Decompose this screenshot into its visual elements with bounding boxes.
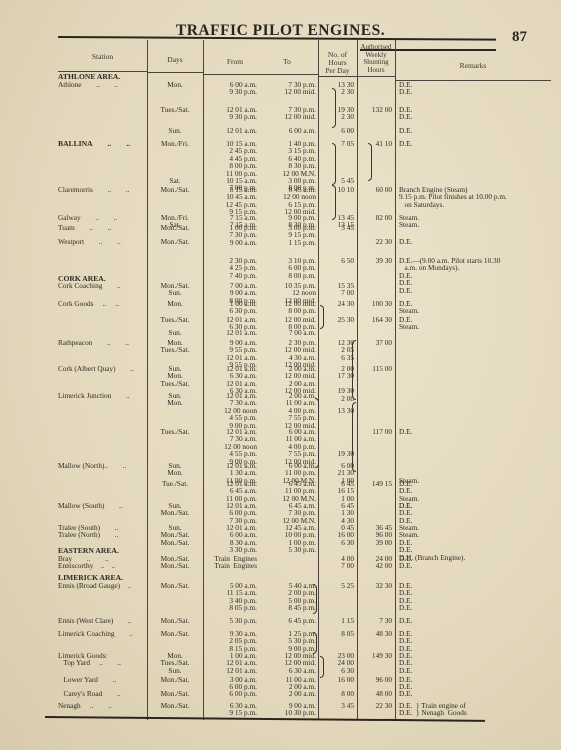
cell-remarks: D.E. [399, 140, 549, 147]
cell-from: 6 00 p.m. [205, 690, 257, 697]
cell-to: 1 25 p.m. 5 30 p.m. 9 00 p.m. [260, 630, 316, 652]
brace-icon [320, 305, 324, 329]
cell-remarks: D.E. D.E. [399, 81, 549, 96]
cell-hours: 19 30 2 30 [320, 106, 354, 121]
cell-to: 5 40 a.m. 2 00 p.m. 5 00 p.m. 8 45 p.m. [260, 582, 316, 612]
header-rule [147, 72, 203, 73]
cell-weekly: 22 30 [358, 238, 392, 245]
cell-station: Rathpeacon .. .. [58, 339, 146, 346]
cell-station: Mallow (North).. .. [58, 462, 146, 469]
cell-days: Mon./Sat. Sun. [147, 282, 203, 297]
cell-weekly: 149 15 [358, 480, 392, 487]
cell-to: 2 00 a.m. [260, 690, 316, 697]
cell-days: Mon./Sat. [147, 676, 203, 683]
cell-hours: 24 30 [320, 300, 354, 307]
cell-hours: 15 35 7 00 [320, 282, 354, 297]
cell-weekly: 149 30 [358, 652, 392, 659]
cell-to: 2 00 a.m. 11 00 a.m. 4 00 p.m. 7 55 p.m.… [260, 392, 316, 429]
cell-remarks: D.E. [399, 428, 549, 435]
cell-station: Ennis (Broad Gauge) .. [58, 582, 146, 589]
cell-from: 1 00 p.m. 7 30 p.m. 9 00 a.m. [205, 224, 257, 246]
cell-station: Limerick Goods: Top Yard .. .. [58, 652, 146, 667]
cell-station: Claremorris .. .. [58, 186, 146, 193]
cell-from: 6 30 a.m. 9 15 p.m. [205, 702, 257, 717]
cell-weekly: 22 30 [358, 702, 392, 709]
brace-icon [332, 88, 336, 128]
cell-station: Ennis (West Clare) .. [58, 617, 146, 624]
cell-from: 1 00 a.m. 6 30 p.m. [205, 300, 257, 315]
cell-hours: 8 00 [320, 690, 354, 697]
cell-station: Cork Goods .. .. [58, 300, 146, 307]
cell-days: Sun. Mon./Sat. [147, 502, 203, 517]
cell-from: 5 30 p.m. [205, 617, 257, 624]
cell-from: 12 01 a.m. 9 30 p.m. [205, 106, 257, 121]
brace-icon [313, 584, 317, 614]
cell-station: Tuam .. .. [58, 224, 146, 231]
cell-days: Sun. Mon. [147, 392, 203, 407]
cell-days: Mon./Sat. [147, 702, 203, 709]
cell-hours: 10 10 [320, 186, 354, 193]
cell-hours: 5 45 [320, 177, 354, 184]
cell-days: Mon./Sat. Mon./Sat. [147, 555, 203, 570]
cell-remarks: D.E. Steam. [399, 300, 549, 315]
cell-remarks: D.E. } Train engine of D.E. } Nenagh Goo… [399, 702, 549, 717]
cell-days: Tues./Sat. [147, 106, 203, 113]
cell-weekly: 100 30 [358, 300, 392, 307]
page-number: 87 [512, 29, 527, 46]
cell-hours: 6 45 16 15 1 00 [320, 480, 354, 502]
cell-to: 12 00 mid. 12 00 mid. 6 30 a.m. [260, 652, 316, 674]
cell-remarks: D.E. [399, 238, 549, 245]
cell-hours: 12 30 2 05 6 35 [320, 339, 354, 361]
cell-weekly: 48 30 [358, 630, 392, 637]
cell-days: Mon./Sat. [147, 630, 203, 637]
brace-icon [368, 143, 372, 181]
header-from: From [210, 58, 260, 66]
cell-to: 12 00 mid. 8 00 p.m. [260, 300, 316, 315]
column-divider [318, 40, 319, 720]
cell-weekly: 132 00 [358, 106, 392, 113]
cell-from: 12 01 a.m. [205, 329, 257, 336]
brace-icon [352, 402, 356, 472]
cell-from: 1 00 a.m. 12 01 a.m. 12 01 a.m. [205, 652, 257, 674]
cell-days: Mon. Tues./Sat. Sun. [147, 652, 203, 674]
document-page: TRAFFIC PILOT ENGINES. 87 Station Days F… [0, 0, 561, 750]
cell-to: 6 00 a.m. [260, 127, 316, 134]
header-to: To [262, 58, 312, 66]
header-weekly-hours: Authorised Weekly Shunting Hours [357, 44, 395, 74]
cell-remarks: D.E. D.E. [399, 676, 549, 691]
cell-hours: 8 05 [320, 630, 354, 637]
cell-station: Westport .. .. [58, 238, 146, 245]
cell-station: Tralee (South) .. Tralee (North) .. [58, 524, 146, 539]
cell-days: Mon. [147, 300, 203, 307]
cell-hours: 19 30 [320, 428, 354, 458]
cell-weekly: 32 30 [358, 582, 392, 589]
header-days: Days [147, 56, 203, 64]
cell-days: Mon. [147, 81, 203, 88]
header-station: Station [58, 53, 147, 61]
cell-from: 9 30 a.m. 2 05 p.m. 8 15 p.m. [205, 630, 257, 652]
cell-hours: 7 05 [320, 140, 354, 147]
cell-weekly: 117 00 [358, 428, 392, 435]
cell-from: 12 01 a.m. 6 45 a.m. 11 00 p.m. [205, 480, 257, 502]
cell-hours: 25 30 [320, 316, 354, 323]
cell-to: 6 45 a.m. 7 30 p.m. 12 00 M.N. [260, 502, 316, 524]
cell-days: Sun. Mon./Sat. Mon./Sat. [147, 524, 203, 546]
cell-to: 9 00 a.m. 10 30 p.m. [260, 702, 316, 717]
cell-weekly: 48 00 [358, 690, 392, 697]
cell-station: Bray .. .. Enniscorthy .. .. [58, 555, 146, 570]
cell-from: 12 01 a.m. 6 00 p.m. 7 30 p.m. [205, 502, 257, 524]
cell-weekly: 41 10 [358, 140, 392, 147]
cell-hours: 4 00 7 00 [320, 555, 354, 570]
brace-icon [352, 340, 356, 400]
cell-weekly: 39 30 [358, 257, 392, 264]
cell-station: Cork Coaching .. [58, 282, 146, 289]
cell-to: 1 40 p.m. 3 15 p.m. 6 40 p.m. 8 30 p.m. … [260, 140, 316, 177]
cell-hours: 6 50 [320, 257, 354, 264]
cell-remarks: D.E. D.E. D.E. [399, 652, 549, 674]
cell-from: 12 01 a.m. [205, 127, 257, 134]
cell-days: Sun. [147, 329, 203, 336]
cell-from: 2 30 p.m. 4 25 p.m. 7 40 p.m. [205, 257, 257, 279]
cell-station: Galway .. .. [58, 214, 146, 221]
cell-remarks: D.E. Steam. [399, 316, 549, 331]
cell-station: Carey's Road .. [58, 690, 146, 697]
cell-days: Tues./Sat. [147, 316, 203, 323]
cell-to: 6 00 a.m. 11 00 a.m. 4 00 p.m. 7 55 p.m.… [260, 428, 316, 465]
cell-weekly: 7 30 [358, 617, 392, 624]
cell-from: 12 01 a.m. 7 30 a.m. 12 00 noon 4 55 p.m… [205, 392, 257, 429]
cell-remarks: Steam. Steam. [399, 214, 549, 229]
cell-days: Mon./Sat. [147, 617, 203, 624]
cell-station: Mallow (South) .. [58, 502, 146, 509]
cell-from: 12 01 a.m. 6 00 a.m. 8 30 a.m. 3 30 p.m. [205, 524, 257, 554]
cell-weekly: 37 00 [358, 339, 392, 346]
cell-hours: 3 45 [320, 702, 354, 709]
cell-from: Train Engines Train Engines [205, 555, 257, 570]
cell-hours: 13 30 [320, 392, 354, 414]
cell-remarks: D.E. D.E. D.E. [399, 630, 549, 652]
brace-icon [313, 632, 317, 654]
cell-days: Mon./Sat. [147, 582, 203, 589]
cell-days: Mon./Sat. [147, 186, 203, 193]
cell-from: 10 15 a.m. 2 45 p.m. 4 45 p.m. 8 00 p.m.… [205, 140, 257, 177]
header-hours-per-day: No. of Hours Per Day [318, 51, 357, 75]
cell-remarks: D.E. D.E. D.E. [399, 502, 549, 524]
cell-to: 6 45 p.m. [260, 617, 316, 624]
cell-to: 7 00 a.m. [260, 329, 316, 336]
cell-days: Mon./Fri. [147, 140, 203, 147]
cell-hours: 6 45 1 30 4 30 [320, 502, 354, 524]
cell-weekly: 82 00 [358, 214, 392, 221]
cell-hours: 5 25 [320, 582, 354, 589]
header-rule [203, 74, 318, 75]
cell-weekly: 96 00 [358, 676, 392, 683]
cell-remarks: D.E. D.E. [399, 555, 549, 570]
column-divider [203, 40, 204, 720]
cell-station: Limerick Junction .. [58, 392, 146, 399]
brace-icon [315, 398, 319, 468]
cell-days: Mon./Sat. [147, 238, 203, 245]
brace-icon [320, 656, 324, 678]
cell-to: 7 30 p.m. 12 00 mid. [260, 81, 316, 96]
cell-station: Nenagh .. .. [58, 702, 146, 709]
cell-days: Sun. Mon. [147, 462, 203, 477]
cell-days: Tue./Sat. [147, 480, 203, 487]
cell-from: 8 15 a.m. 10 45 a.m. 12 45 p.m. 9 15 p.m… [205, 186, 257, 216]
cell-hours: 3 45 [320, 224, 354, 231]
cell-hours: 23 00 24 00 6 30 [320, 652, 354, 674]
cell-station: Limerick Coaching .. [58, 630, 146, 637]
cell-days: Sat. [147, 177, 203, 184]
cell-days: Sun. Mon. Tues./Sat. [147, 365, 203, 387]
cell-days: Sun. [147, 127, 203, 134]
cell-station: Athlone .. .. [58, 81, 146, 88]
cell-from: 6 00 a.m. 9 30 p.m. [205, 81, 257, 96]
cell-days: Mon./Sat. [147, 690, 203, 697]
cell-remarks: D.E.—(9.00 a.m. Pilot starts 10.30 a.m. … [399, 257, 549, 294]
cell-remarks: D.E. [399, 617, 549, 624]
cell-weekly: 164 30 [358, 316, 392, 323]
cell-hours: 16 00 [320, 676, 354, 683]
area-heading: BALLINA .. .. [58, 140, 146, 147]
cell-hours: 13 30 2 30 [320, 81, 354, 96]
header-rule [318, 76, 395, 77]
cell-remarks: Branch Engine (Steam) 9.15 p.m. Pilot fi… [399, 186, 549, 208]
cell-remarks: D.E. [399, 127, 549, 134]
cell-remarks: D.E. D.E. D.E. D.E. [399, 582, 549, 612]
brace-icon [332, 185, 336, 220]
cell-days: Mon./Sat. [147, 224, 203, 231]
cell-weekly: 115 00 [358, 365, 392, 372]
cell-station: Lower Yard .. [58, 676, 146, 683]
cell-from: 12 01 a.m. 7 30 a.m. 12 00 noon 4 55 p.m… [205, 428, 257, 465]
cell-hours: 6 00 [320, 127, 354, 134]
cell-to: 7 30 p.m. 12 00 mid. [260, 106, 316, 121]
cell-remarks: D.E. D.E. [399, 106, 549, 121]
cell-weekly: 36 45 96 00 39 00 [358, 524, 392, 546]
cell-days: Mon. Tues./Sat. [147, 339, 203, 354]
cell-weekly: 24 00 42 00 [358, 555, 392, 570]
cell-weekly: 60 00 [358, 186, 392, 193]
cell-days: Tues./Sat. [147, 428, 203, 435]
cell-to: 6 45 a.m. 11 00 p.m. 12 00 M.N. [260, 480, 316, 502]
cell-hours: 1 15 [320, 617, 354, 624]
cell-to: 8 45 a.m. 12 00 noon 6 15 p.m. 12 00 mid… [260, 186, 316, 216]
cell-to: 3 00 p.m. 9 15 p.m. 1 15 p.m. [260, 224, 316, 246]
cell-station: Cork (Albert Quay) .. [58, 365, 146, 372]
cell-hours: 0 45 16 00 6 30 [320, 524, 354, 546]
cell-from: 5 00 a.m. 11 15 a.m. 3 40 p.m. 8 05 p.m. [205, 582, 257, 612]
cell-remarks: D.E. [399, 690, 549, 697]
column-divider [395, 40, 396, 720]
brace-icon [332, 143, 336, 185]
cell-to: 12 45 a.m. 10 00 p.m. 1 00 p.m. 5 30 p.m… [260, 524, 316, 554]
cell-to: 3 10 p.m. 6 00 p.m. 8 00 p.m. [260, 257, 316, 279]
header-remarks: Remarks [395, 62, 551, 70]
